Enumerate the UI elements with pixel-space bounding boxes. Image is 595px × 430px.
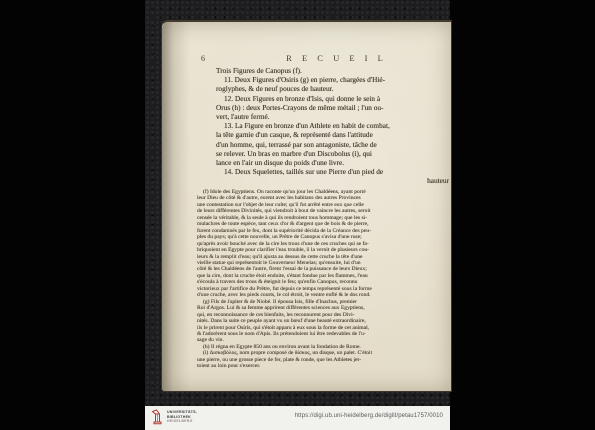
university-library-logo-icon	[151, 409, 164, 425]
catchword: hauteur	[216, 176, 449, 185]
body-text: Trois Figures de Canopus (f). 11. Deux F…	[216, 66, 449, 186]
book-cover: 6 R E C U E I L Trois Figures de Canopus…	[145, 0, 450, 406]
logo-text: UNIVERSITÄTS- BIBLIOTHEK HEIDELBERG	[167, 410, 197, 423]
paragraph-intro: Trois Figures de Canopus (f).	[216, 66, 449, 75]
running-title: R E C U E I L	[232, 53, 441, 63]
footnotes-block: (f) Idole des Egyptiens. On raconte qu'u…	[197, 189, 450, 370]
footnote-g: (g) Fils de Jupiter & de Niobé. Il épous…	[197, 299, 450, 344]
footer-bar: UNIVERSITÄTS- BIBLIOTHEK HEIDELBERG http…	[145, 406, 450, 430]
screenshot: 6 R E C U E I L Trois Figures de Canopus…	[0, 0, 595, 430]
paragraph-item-14: 14. Deux Squelettes, taillés sur une Pie…	[216, 167, 449, 176]
ub-heidelberg-logo: UNIVERSITÄTS- BIBLIOTHEK HEIDELBERG	[151, 409, 197, 425]
paragraph-item-12: 12. Deux Figures en bronze d'Isis, qui d…	[216, 94, 449, 122]
book-page: 6 R E C U E I L Trois Figures de Canopus…	[161, 20, 452, 392]
source-url: https://digi.ub.uni-heidelberg.de/diglit…	[295, 413, 443, 419]
footnote-f: (f) Idole des Egyptiens. On raconte qu'u…	[197, 189, 450, 299]
footnote-i: (i) Δισκοβόλος, nom propre composé de δί…	[197, 350, 450, 369]
paragraph-item-13: 13. La Figure en bronze d'un Athlete en …	[216, 121, 449, 167]
page-number: 6	[201, 54, 205, 63]
logo-line-3: HEIDELBERG	[167, 419, 197, 423]
paragraph-item-11: 11. Deux Figures d'Osiris (g) en pierre,…	[216, 75, 449, 93]
